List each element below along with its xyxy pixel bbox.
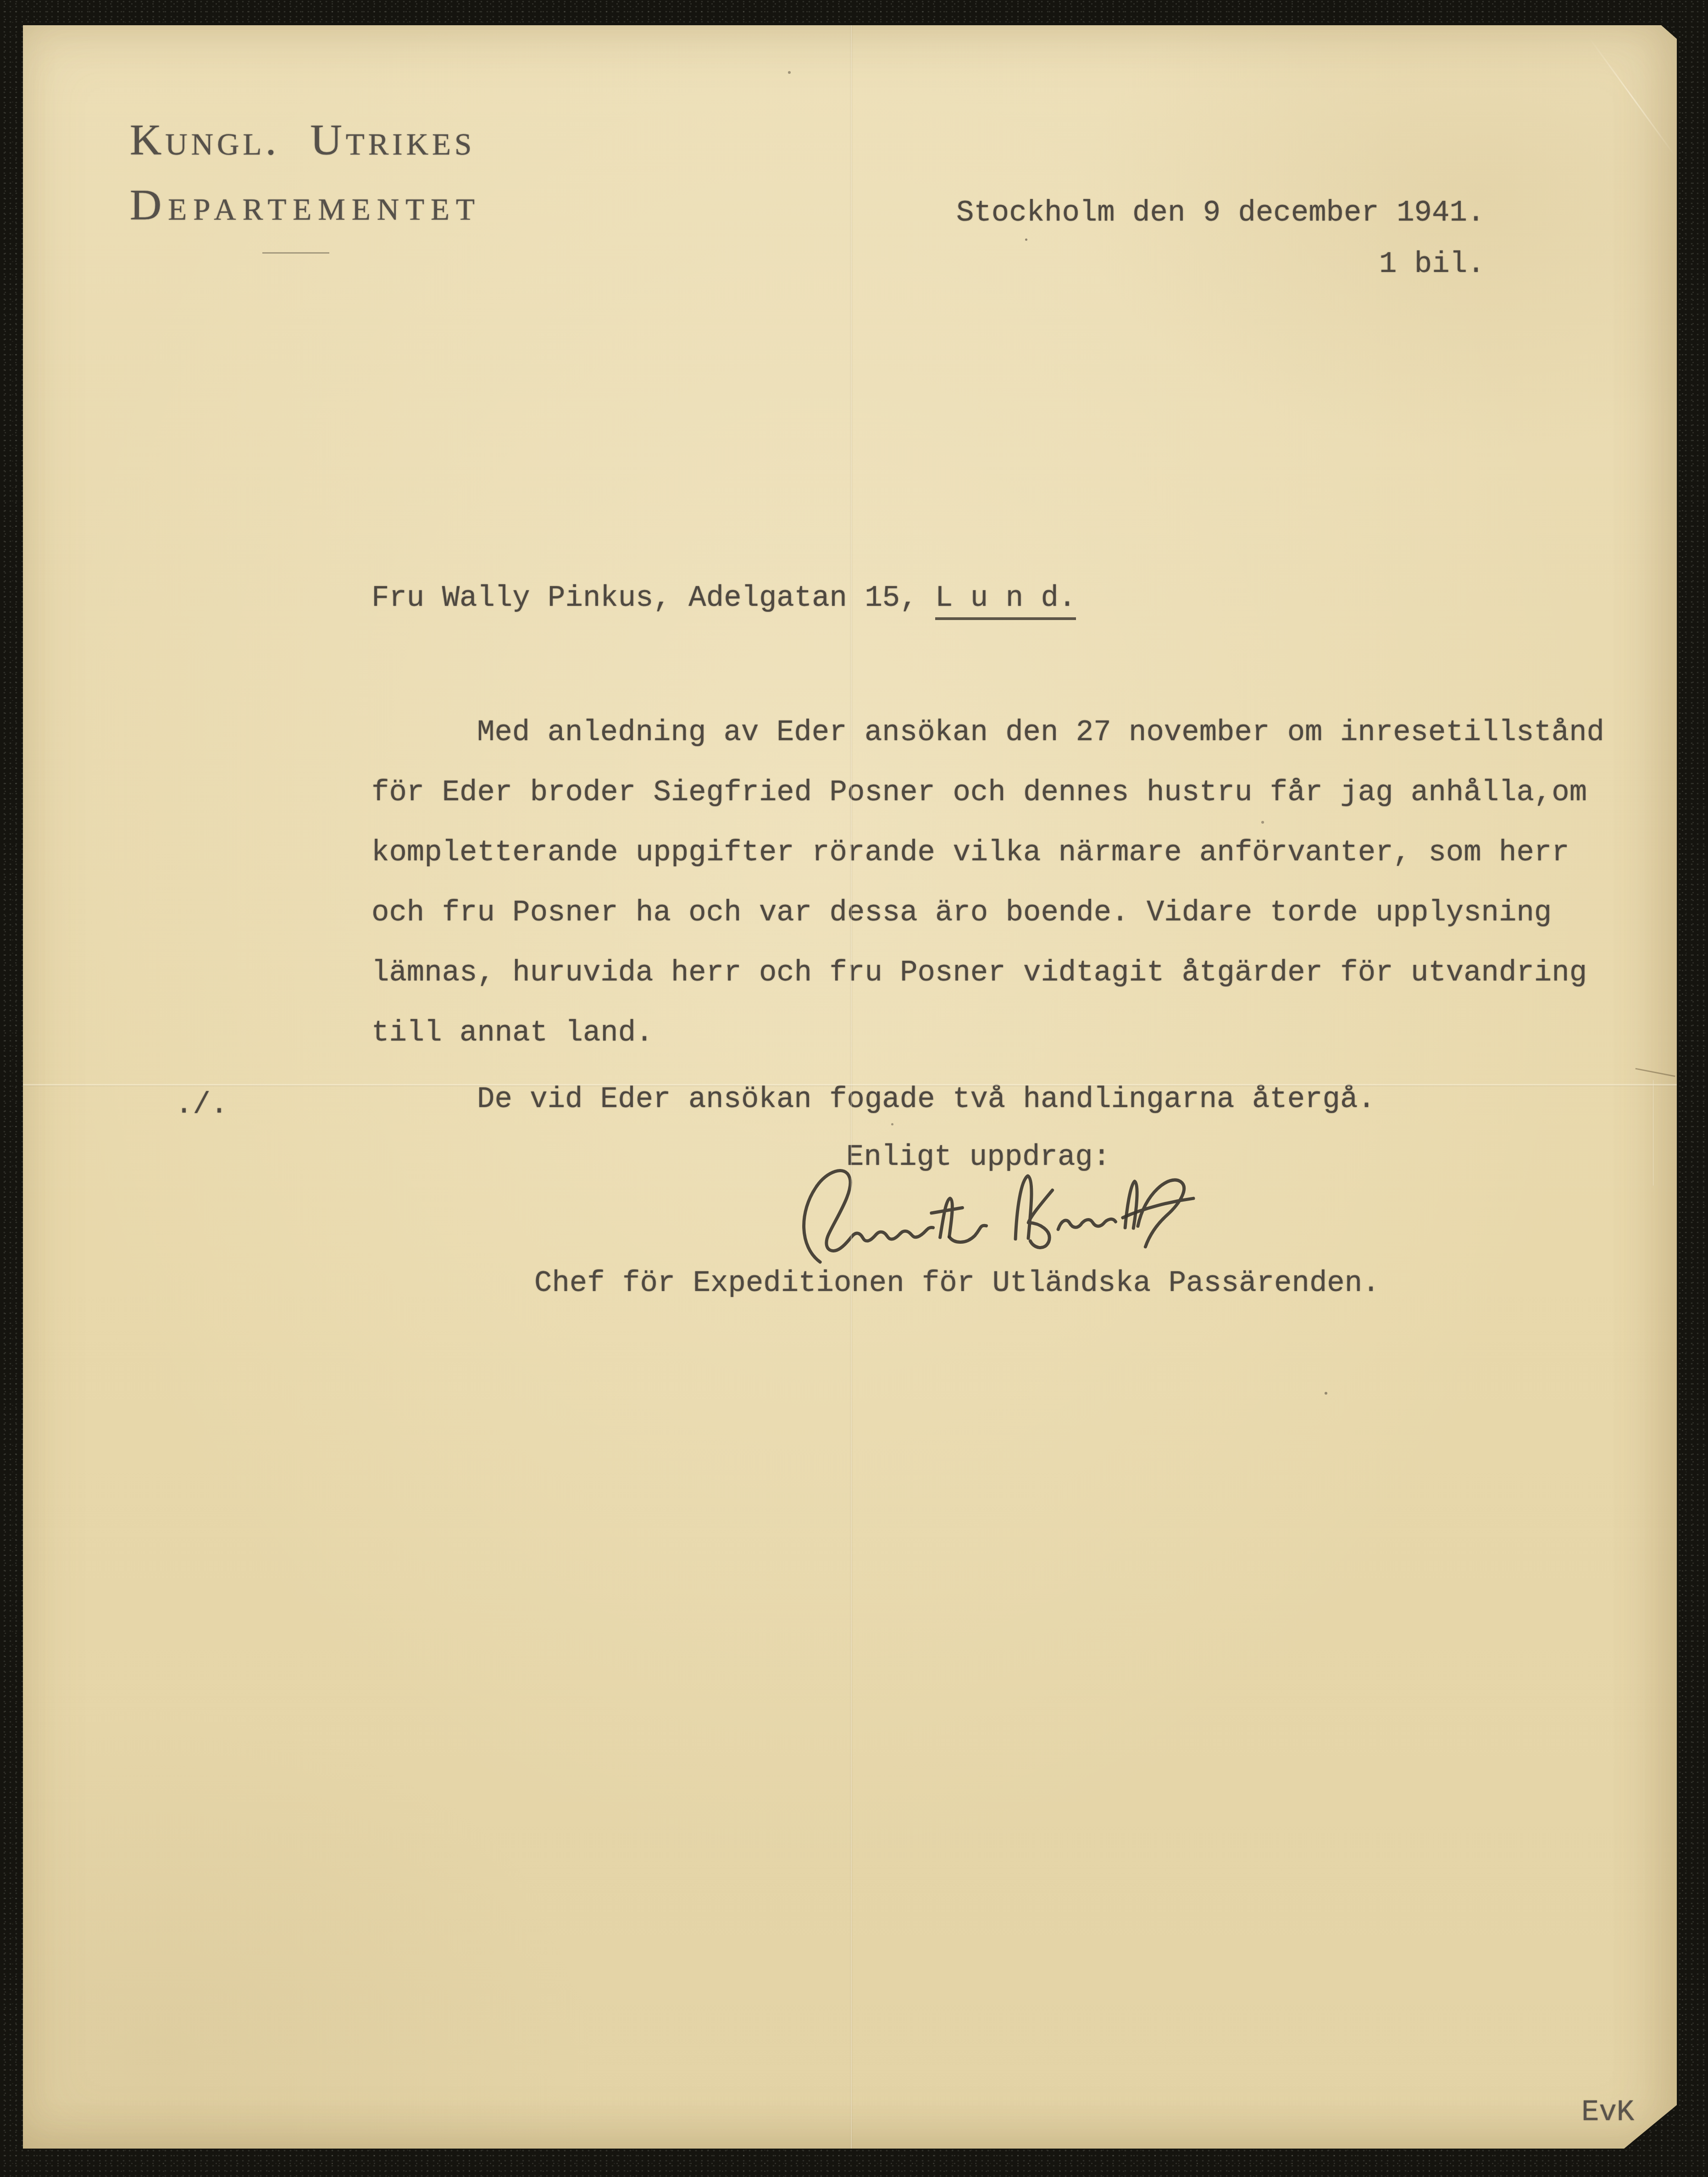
recipient-address: Fru Wally Pinkus, Adelgatan 15, xyxy=(372,582,935,615)
letterhead-line1: Kungl. Utrikes xyxy=(130,118,475,162)
scanned-letter-page: { "colors": { "paper": "#e8d8ab", "backg… xyxy=(0,0,1708,2177)
signature-stroke xyxy=(1058,1218,1116,1229)
letterhead-line2: Departementet xyxy=(130,183,481,227)
body-line: och fru Posner ha och var dessa äro boen… xyxy=(372,898,1552,929)
typist-initials: EvK xyxy=(1581,2098,1634,2128)
body-line: kompletterande uppgifter rörande vilka n… xyxy=(372,838,1569,869)
signature-stroke xyxy=(801,1166,934,1263)
recipient-line: Fru Wally Pinkus, Adelgatan 15, L u n d. xyxy=(372,583,1076,614)
body-line: till annat land. xyxy=(372,1018,654,1049)
recipient-city-underlined: L u n d. xyxy=(935,582,1076,620)
signature-stroke xyxy=(949,1225,987,1243)
letterhead-divider-rule xyxy=(262,252,329,254)
return-note: De vid Eder ansökan fogade två handlinga… xyxy=(477,1085,1375,1115)
body-line: lämnas, huruvida herr och fru Posner vid… xyxy=(372,958,1587,989)
date-line: Stockholm den 9 december 1941. xyxy=(956,198,1485,229)
signer-title: Chef för Expeditionen för Utländska Pass… xyxy=(534,1269,1380,1299)
paper-speck xyxy=(788,71,791,74)
paper-speck xyxy=(1325,1392,1327,1395)
edge-crack xyxy=(1636,1068,1675,1077)
body-line: Med anledning av Eder ansökan den 27 nov… xyxy=(477,718,1604,748)
letter-paper: Kungl. Utrikes Departementet Stockholm d… xyxy=(23,25,1677,2149)
paper-speck xyxy=(1261,821,1264,824)
signature-stroke xyxy=(1012,1174,1055,1249)
corner-crease xyxy=(1588,37,1676,156)
paper-speck xyxy=(1025,238,1027,241)
signature-stroke xyxy=(1123,1181,1139,1229)
enclosure-note: 1 bil. xyxy=(1379,249,1485,280)
edge-crease xyxy=(1653,1080,1654,1185)
paper-speck xyxy=(891,1123,893,1125)
enclosure-mark: ./. xyxy=(175,1090,228,1121)
signature-stroke xyxy=(931,1198,964,1238)
body-line: för Eder broder Siegfried Posner och den… xyxy=(372,778,1587,809)
signature-handwriting xyxy=(772,1126,1214,1281)
